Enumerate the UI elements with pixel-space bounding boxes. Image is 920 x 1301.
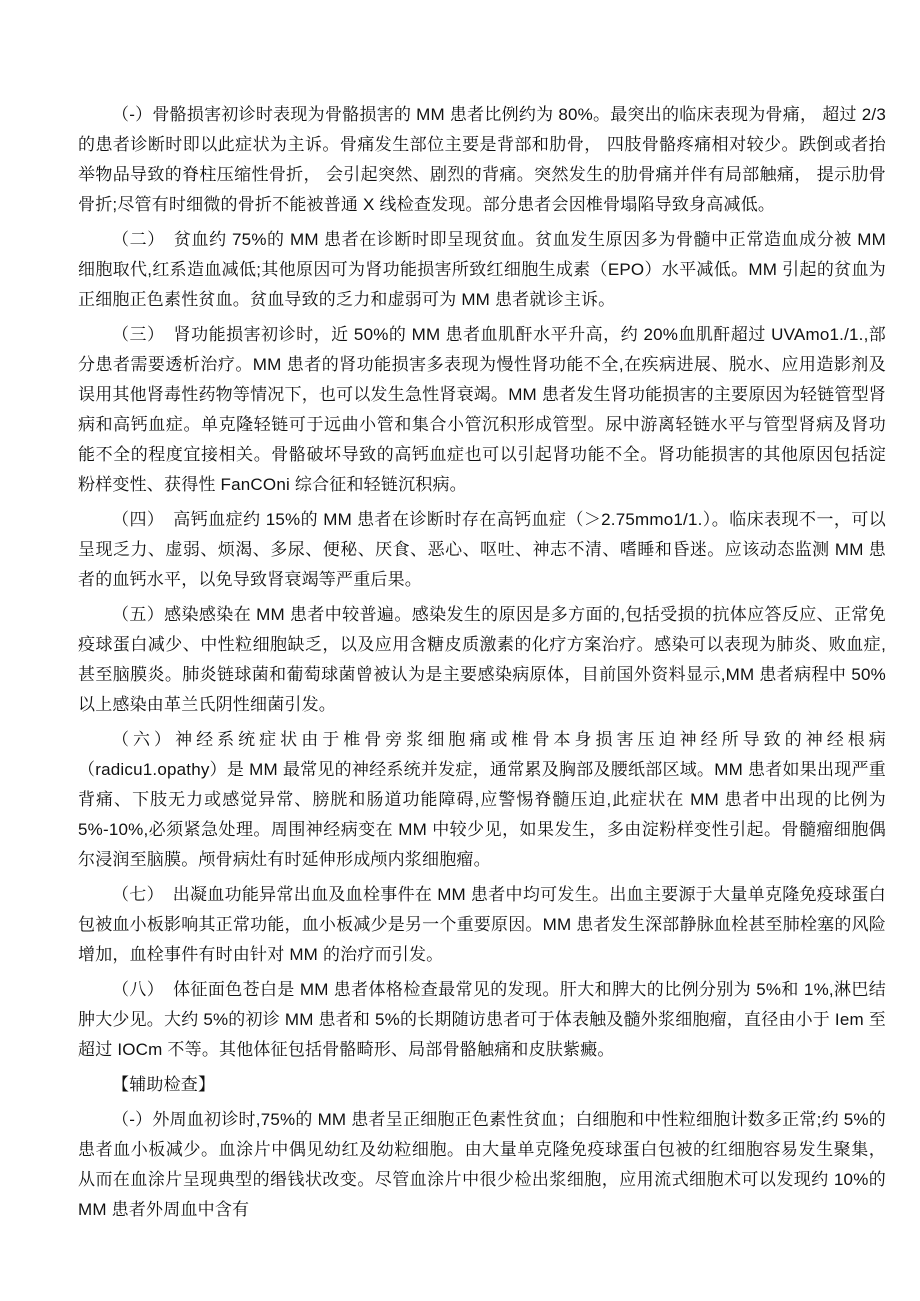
- paragraph: （四） 高钙血症约 15%的 MM 患者在诊断时存在高钙血症（＞2.75mmo1…: [78, 505, 886, 595]
- document-page: （-）骨骼损害初诊时表现为骨骼损害的 MM 患者比例约为 80%。最突出的临床表…: [0, 0, 920, 1301]
- paragraph: （-）骨骼损害初诊时表现为骨骼损害的 MM 患者比例约为 80%。最突出的临床表…: [78, 100, 886, 220]
- paragraph: （七） 出凝血功能异常出血及血栓事件在 MM 患者中均可发生。出血主要源于大量单…: [78, 880, 886, 970]
- document-screenshot: { "page": { "background_color": "#ffffff…: [0, 0, 920, 1301]
- paragraph: （六）神经系统症状由于椎骨旁浆细胞痛或椎骨本身损害压迫神经所导致的神经根病（ra…: [78, 725, 886, 875]
- section-heading: 【辅助检查】: [78, 1070, 886, 1100]
- document-body: （-）骨骼损害初诊时表现为骨骼损害的 MM 患者比例约为 80%。最突出的临床表…: [78, 100, 886, 1225]
- paragraph: （-）外周血初诊时,75%的 MM 患者呈正细胞正色素性贫血；白细胞和中性粒细胞…: [78, 1105, 886, 1225]
- paragraph: （五）感染感染在 MM 患者中较普遍。感染发生的原因是多方面的,包括受损的抗体应…: [78, 600, 886, 720]
- paragraph: （二） 贫血约 75%的 MM 患者在诊断时即呈现贫血。贫血发生原因多为骨髓中正…: [78, 225, 886, 315]
- paragraph: （八） 体征面色苍白是 MM 患者体格检查最常见的发现。肝大和脾大的比例分别为 …: [78, 975, 886, 1065]
- paragraph: （三） 肾功能损害初诊时，近 50%的 MM 患者血肌酐水平升高，约 20%血肌…: [78, 320, 886, 500]
